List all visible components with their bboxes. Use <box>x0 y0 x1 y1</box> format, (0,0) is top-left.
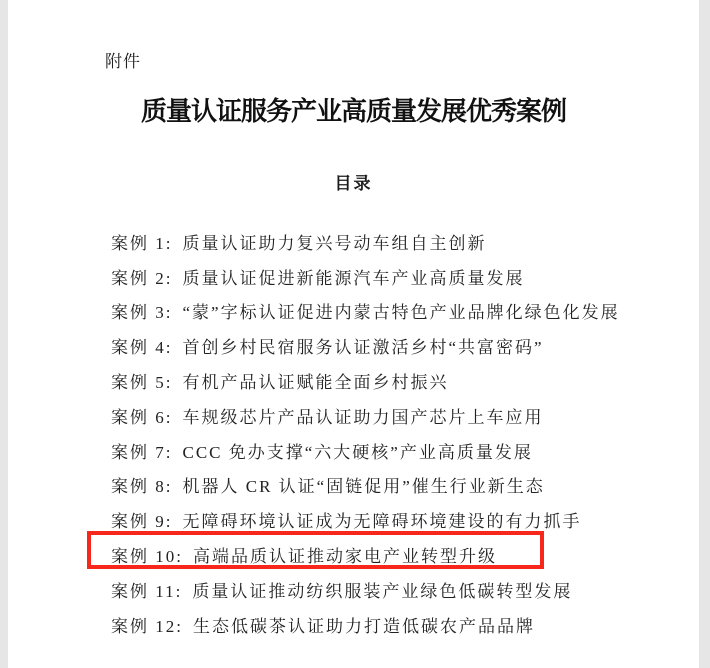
toc-item-number: 案例 1: <box>111 229 172 254</box>
toc-item-title: 无障碍环境认证成为无障碍环境建设的有力抓手 <box>182 507 581 532</box>
toc-item-number: 案例 8: <box>111 472 172 497</box>
toc-item-10: 案例 10: 高端品质认证推动家电产业转型升级 <box>111 537 651 572</box>
document-title: 质量认证服务产业高质量发展优秀案例 <box>8 96 699 128</box>
toc-item-11: 案例 11: 质量认证推动纺织服装产业绿色低碳转型发展 <box>111 572 651 607</box>
toc-item-5: 案例 5: 有机产品认证赋能全面乡村振兴 <box>111 363 651 398</box>
toc-item-number: 案例 12: <box>111 612 183 637</box>
toc-item-title: 高端品质认证推动家电产业转型升级 <box>193 542 497 567</box>
toc-item-number: 案例 4: <box>111 333 172 358</box>
document-viewer: 附件 质量认证服务产业高质量发展优秀案例 目录 案例 1: 质量认证助力复兴号动… <box>0 0 710 668</box>
document-page: 附件 质量认证服务产业高质量发展优秀案例 目录 案例 1: 质量认证助力复兴号动… <box>8 0 699 668</box>
toc-item-1: 案例 1: 质量认证助力复兴号动车组自主创新 <box>111 224 651 259</box>
toc-item-number: 案例 7: <box>111 438 172 463</box>
toc-list: 案例 1: 质量认证助力复兴号动车组自主创新 案例 2: 质量认证促进新能源汽车… <box>111 224 651 642</box>
toc-item-title: 生态低碳茶认证助力打造低碳农产品品牌 <box>193 612 535 637</box>
toc-item-number: 案例 5: <box>111 368 172 393</box>
toc-item-number: 案例 6: <box>111 403 172 428</box>
toc-item-number: 案例 2: <box>111 264 172 289</box>
toc-item-title: 质量认证助力复兴号动车组自主创新 <box>182 229 486 254</box>
toc-item-title: 机器人 CR 认证“固链促用”催生行业新生态 <box>182 472 544 497</box>
toc-item-4: 案例 4: 首创乡村民宿服务认证激活乡村“共富密码” <box>111 328 651 363</box>
toc-item-8: 案例 8: 机器人 CR 认证“固链促用”催生行业新生态 <box>111 468 651 503</box>
toc-heading: 目录 <box>8 173 699 195</box>
toc-item-12: 案例 12: 生态低碳茶认证助力打造低碳农产品品牌 <box>111 607 651 642</box>
toc-item-3: 案例 3: “蒙”字标认证促进内蒙古特色产业品牌化绿色化发展 <box>111 294 651 329</box>
toc-item-2: 案例 2: 质量认证促进新能源汽车产业高质量发展 <box>111 259 651 294</box>
viewer-right-margin <box>699 0 710 668</box>
toc-item-number: 案例 3: <box>111 298 172 323</box>
viewer-left-margin <box>0 0 8 668</box>
toc-item-9: 案例 9: 无障碍环境认证成为无障碍环境建设的有力抓手 <box>111 502 651 537</box>
toc-item-title: 有机产品认证赋能全面乡村振兴 <box>182 368 448 393</box>
toc-item-number: 案例 10: <box>111 542 183 567</box>
toc-item-title: 质量认证推动纺织服装产业绿色低碳转型发展 <box>192 577 572 602</box>
toc-item-title: CCC 免办支撑“六大硬核”产业高质量发展 <box>182 438 532 463</box>
toc-item-number: 案例 11: <box>111 577 182 602</box>
toc-item-title: 车规级芯片产品认证助力国产芯片上车应用 <box>182 403 543 428</box>
toc-item-6: 案例 6: 车规级芯片产品认证助力国产芯片上车应用 <box>111 398 651 433</box>
toc-item-title: “蒙”字标认证促进内蒙古特色产业品牌化绿色化发展 <box>182 298 619 323</box>
toc-item-number: 案例 9: <box>111 507 172 532</box>
toc-item-7: 案例 7: CCC 免办支撑“六大硬核”产业高质量发展 <box>111 433 651 468</box>
toc-item-title: 质量认证促进新能源汽车产业高质量发展 <box>182 264 524 289</box>
toc-item-title: 首创乡村民宿服务认证激活乡村“共富密码” <box>182 333 543 358</box>
attachment-label: 附件 <box>105 51 141 73</box>
